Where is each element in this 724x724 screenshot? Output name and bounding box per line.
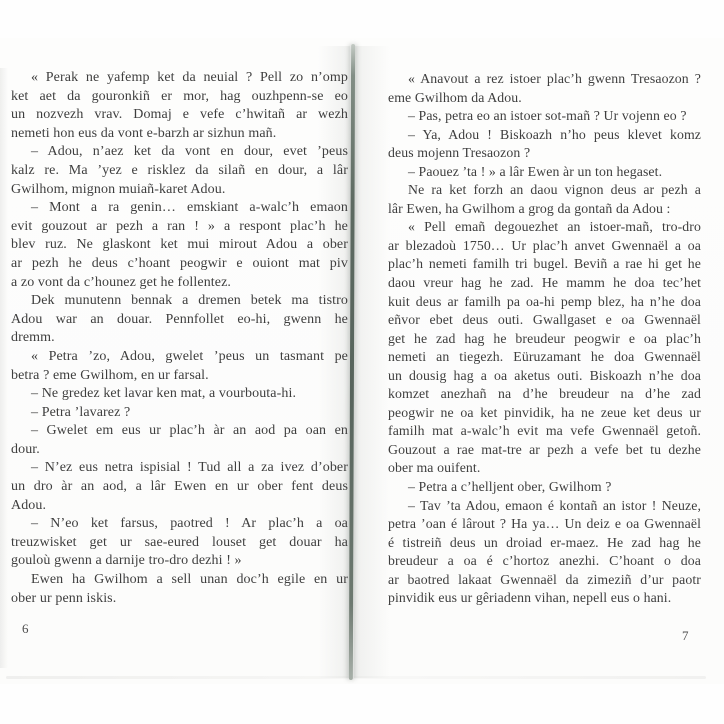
text-line: – Adou, n’aez ket da vont en dour, evet …: [11, 143, 348, 162]
text-line: a zo vont da c’hounez get he follentez.: [11, 274, 348, 293]
text-line: ar baotred lakaat Gwennaël da zimeziñ d’…: [388, 571, 701, 590]
text-line: é tistreiñ deus un droiad er-maez. He za…: [388, 534, 701, 553]
text-line: « Perak ne yafemp ket da neuial ? Pell z…: [11, 69, 348, 88]
text-line: – Ne gredez ket lavar ken mat, a vourbou…: [11, 385, 348, 404]
text-line: betra ? eme Gwilhom, en ur farsal.: [11, 367, 348, 386]
text-line: lâr Ewen, ha Gwilhom a grog da gontañ da…: [388, 200, 701, 219]
text-line: komzet anezhañ na d’he breudeur na d’he …: [388, 385, 701, 404]
text-line: Ewen ha Gwilhom a sell unan doc’h egile …: [11, 571, 348, 590]
text-line: Ne ra ket forzh an daou vignon deus ar p…: [388, 181, 701, 200]
text-line: « Petra ’zo, Adou, gwelet ’peus un tasma…: [11, 348, 348, 367]
text-line: Adou war an douar. Pennfollet eo-hi, gwe…: [11, 311, 348, 330]
text-line: Dek munutenn bennak a dremen betek ma ti…: [11, 292, 348, 311]
text-line: ar blezadoù 1750… Ur plac’h anvet Gwenna…: [388, 237, 701, 256]
text-line: nemeti hon eus da vont e-barzh ar sizhun…: [11, 125, 348, 144]
text-line: dremm.: [11, 329, 348, 348]
text-line: blev ruz. Ne glaskont ket mui mirout Ado…: [11, 236, 348, 255]
text-line: – Paouez ’ta ! » a lâr Ewen àr un ton he…: [388, 163, 701, 182]
text-line: kalz re. Ma ’yez e risklez da silañ en d…: [11, 162, 348, 181]
text-line: eñvor ebet deus outi. Gwallgaset e oa Gw…: [388, 311, 701, 330]
text-line: dour.: [11, 441, 348, 460]
text-line: treuzwisket get ur sae-eured louset get …: [11, 534, 348, 553]
text-line: – Pas, petra eo an istoer sot-mañ ? Ur v…: [388, 107, 701, 126]
text-line: « Anavout a rez istoer plac’h gwenn Tres…: [388, 70, 701, 89]
text-line: petra ’oan é lârout ? Ha ya… Un deiz e o…: [388, 515, 701, 534]
text-line: daou vreur hag he zad. He mamm he doa te…: [388, 274, 701, 293]
text-line: ar pezh he deus c’hoant peogwir e ouiont…: [11, 255, 348, 274]
text-line: deus mojenn Tresaozon ?: [388, 144, 701, 163]
left-page-text: « Perak ne yafemp ket da neuial ? Pell z…: [11, 69, 348, 608]
text-line: gouloù gwenn a darnije tro-dro dezhi ! »: [11, 552, 348, 571]
text-line: – Petra a c’helljent ober, Gwilhom ?: [388, 478, 701, 497]
text-line: un dro àr an aod, a lâr Ewen en ur ober …: [11, 478, 348, 497]
left-page-edge-shade: [0, 68, 8, 668]
open-book: « Perak ne yafemp ket da neuial ? Pell z…: [0, 38, 724, 684]
text-line: evit gouzout ar pezh a ran ! » a respont…: [11, 218, 348, 237]
text-line: ket aet da gouronkiñ er mor, hag ouzhpen…: [11, 88, 348, 107]
page-number-right: 7: [682, 628, 689, 644]
text-line: – N’ez eus netra ispisial ! Tud all a za…: [11, 459, 348, 478]
text-line: – Mont a ra genin… emskiant a-walc’h ema…: [11, 199, 348, 218]
text-line: – N’eo ket farsus, paotred ! Ar plac’h a…: [11, 515, 348, 534]
text-line: kuit deus ar familh pa oa-hi pemp blez, …: [388, 293, 701, 312]
gutter-shade-right: [354, 46, 390, 678]
text-line: ober ma ouifent.: [388, 459, 701, 478]
bottom-page-edge: [6, 676, 706, 679]
text-line: breudeur a oa é c’hortoz anezhi. C’hoant…: [388, 552, 701, 571]
text-line: un nozvezh vrav. Domaj e vefe c’hwitañ a…: [11, 106, 348, 125]
text-line: familh mat a-walc’h evit ma vefe Gwennaë…: [388, 422, 701, 441]
text-line: eme Gwilhom da Adou.: [388, 89, 701, 108]
text-line: Gwilhom, mignon muiañ-karet Adou.: [11, 181, 348, 200]
text-line: – Tav ’ta Adou, emaon é kontañ an istor …: [388, 497, 701, 516]
page-number-left: 6: [22, 621, 29, 637]
text-line: pinvidik eus ur gêriadenn vihan, nepell …: [388, 589, 701, 608]
text-line: « Pell emañ degouezhet an istoer-mañ, tr…: [388, 218, 701, 237]
text-line: – Petra ’lavarez ?: [11, 404, 348, 423]
right-page-text: « Anavout a rez istoer plac’h gwenn Tres…: [388, 70, 701, 608]
text-line: peogwir ne oa ket pinvidik, ha ne zeue k…: [388, 404, 701, 423]
text-line: nemeti an tiegezh. Eüruzamant he doa Gwe…: [388, 348, 701, 367]
text-line: Adou.: [11, 497, 348, 516]
text-line: plac’h nemeti familh tri bugel. Beviñ a …: [388, 255, 701, 274]
text-line: get he zad hag he breudeur peogwir e oa …: [388, 330, 701, 349]
text-line: ober ur penn iskis.: [11, 590, 348, 609]
text-line: un dousig hag a oa aketus outi. Biskoazh…: [388, 367, 701, 386]
book-photo: « Perak ne yafemp ket da neuial ? Pell z…: [0, 0, 724, 724]
text-line: Gouzout a rae mat-tre ar pezh a vefe bet…: [388, 441, 701, 460]
text-line: – Ya, Adou ! Biskoazh n’ho peus klevet k…: [388, 126, 701, 145]
text-line: – Gwelet em eus ur plac’h àr an aod pa o…: [11, 422, 348, 441]
